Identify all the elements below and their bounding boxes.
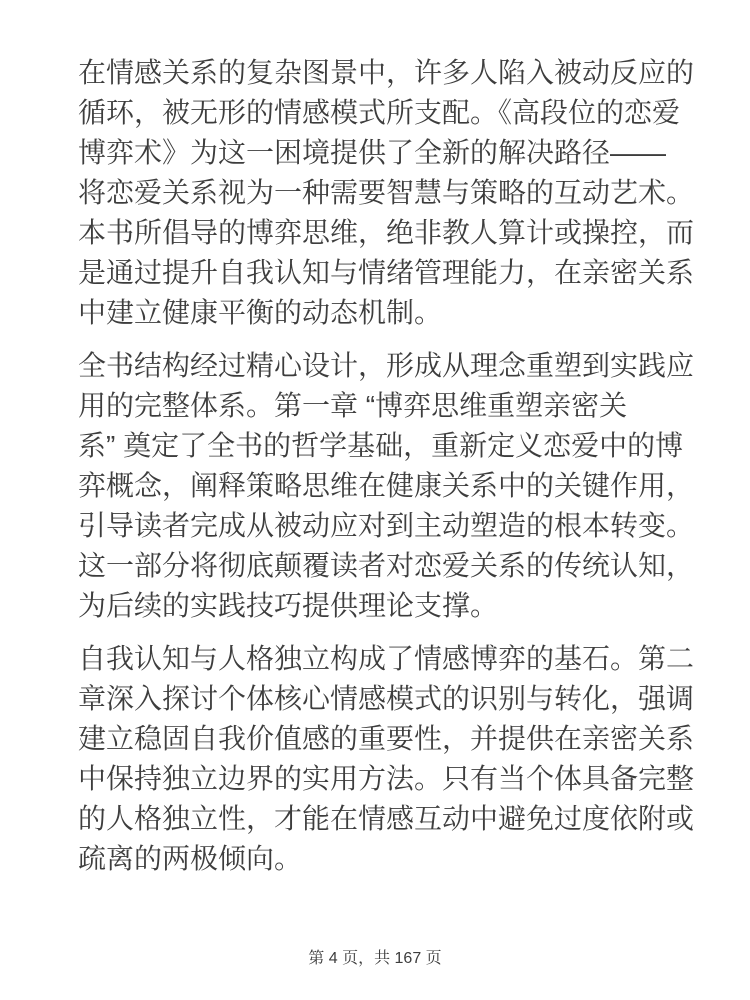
- text-line: 是通过提升自我认知与情绪管理能力，在亲密关系: [78, 253, 672, 293]
- text-line: 系” 奠定了全书的哲学基础，重新定义恋爱中的博: [78, 426, 672, 466]
- text-line: 在情感关系的复杂图景中，许多人陷入被动反应的: [78, 53, 672, 93]
- text-line: 将恋爱关系视为一种需要智慧与策略的互动艺术。: [78, 173, 672, 213]
- text-line: 建立稳固自我价值感的重要性，并提供在亲密关系: [78, 719, 672, 759]
- text-line: 疏离的两极倾向。: [78, 839, 672, 879]
- text-line: 为后续的实践技巧提供理论支撑。: [78, 586, 672, 626]
- text-line: 中保持独立边界的实用方法。只有当个体具备完整: [78, 759, 672, 799]
- document-page: 在情感关系的复杂图景中，许多人陷入被动反应的 循环，被无形的情感模式所支配。《高…: [0, 0, 750, 1000]
- text-line: 中建立健康平衡的动态机制。: [78, 293, 672, 333]
- paragraph-3: 自我认知与人格独立构成了情感博弈的基石。第二 章深入探讨个体核心情感模式的识别与…: [78, 639, 672, 879]
- text-line: 博弈术》为这一困境提供了全新的解决路径——: [78, 133, 672, 173]
- text-line: 引导读者完成从被动应对到主动塑造的根本转变。: [78, 506, 672, 546]
- text-line: 的人格独立性，才能在情感互动中避免过度依附或: [78, 799, 672, 839]
- page-number-indicator: 第 4 页，共 167 页: [0, 948, 750, 970]
- text-line: 本书所倡导的博弈思维，绝非教人算计或操控，而: [78, 213, 672, 253]
- text-line: 循环，被无形的情感模式所支配。《高段位的恋爱: [78, 93, 672, 133]
- document-content: 在情感关系的复杂图景中，许多人陷入被动反应的 循环，被无形的情感模式所支配。《高…: [0, 0, 750, 879]
- text-line: 弈概念，阐释策略思维在健康关系中的关键作用，: [78, 466, 672, 506]
- text-line: 全书结构经过精心设计，形成从理念重塑到实践应: [78, 346, 672, 386]
- paragraph-2: 全书结构经过精心设计，形成从理念重塑到实践应 用的完整体系。第一章 “博弈思维重…: [78, 346, 672, 626]
- text-line: 自我认知与人格独立构成了情感博弈的基石。第二: [78, 639, 672, 679]
- text-line: 章深入探讨个体核心情感模式的识别与转化，强调: [78, 679, 672, 719]
- text-line: 用的完整体系。第一章 “博弈思维重塑亲密关: [78, 386, 672, 426]
- paragraph-1: 在情感关系的复杂图景中，许多人陷入被动反应的 循环，被无形的情感模式所支配。《高…: [78, 53, 672, 333]
- text-line: 这一部分将彻底颠覆读者对恋爱关系的传统认知，: [78, 546, 672, 586]
